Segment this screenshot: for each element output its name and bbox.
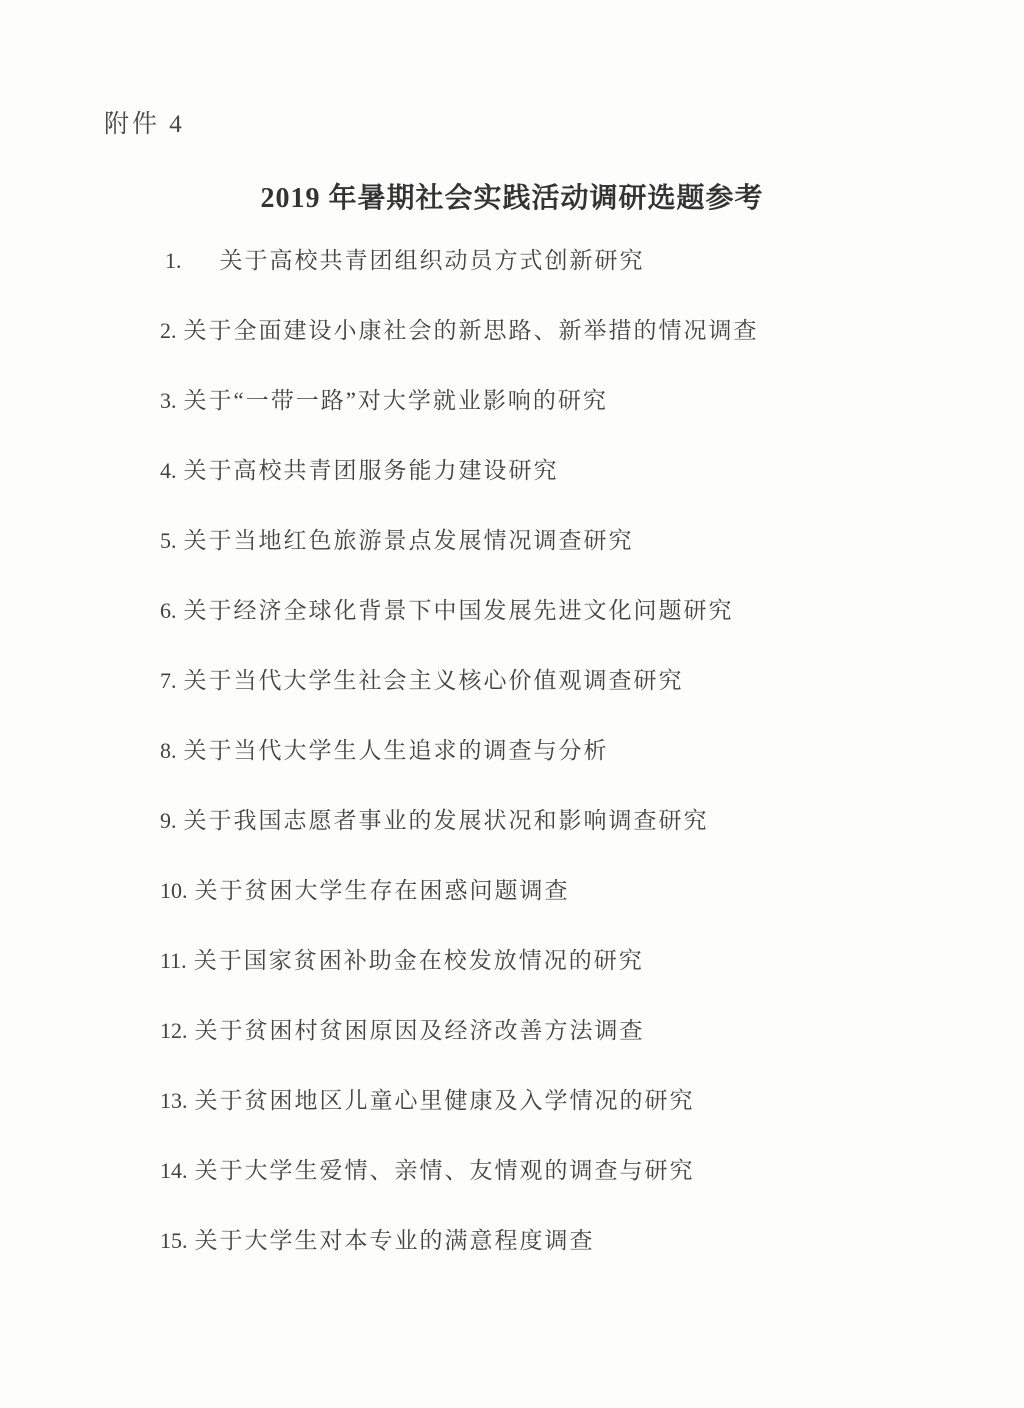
list-item: 2.关于全面建设小康社会的新思路、新举措的情况调查 [160, 316, 944, 345]
item-number: 4. [160, 456, 177, 485]
item-text: 关于当地红色旅游景点发展情况调查研究 [184, 528, 634, 553]
item-text: 关于全面建设小康社会的新思路、新举措的情况调查 [184, 318, 759, 343]
item-number: 11. [160, 946, 187, 975]
item-text: 关于经济全球化背景下中国发展先进文化问题研究 [184, 598, 734, 623]
document-page: 附件 4 2019 年暑期社会实践活动调研选题参考 1.关于高校共青团组织动员方… [0, 0, 1024, 1408]
item-number: 12. [160, 1016, 188, 1045]
list-item: 13.关于贫困地区儿童心里健康及入学情况的研究 [160, 1086, 944, 1115]
list-item: 15.关于大学生对本专业的满意程度调查 [160, 1226, 944, 1255]
item-number: 15. [160, 1226, 188, 1255]
item-number: 3. [160, 386, 177, 415]
item-text: 关于贫困村贫困原因及经济改善方法调查 [195, 1018, 645, 1043]
item-number: 7. [160, 666, 177, 695]
item-text: 关于国家贫困补助金在校发放情况的研究 [194, 948, 644, 973]
list-item: 10.关于贫困大学生存在困惑问题调查 [160, 876, 944, 905]
item-text: 关于贫困地区儿童心里健康及入学情况的研究 [195, 1088, 695, 1113]
item-number: 1. [165, 246, 182, 275]
list-item: 9.关于我国志愿者事业的发展状况和影响调查研究 [160, 806, 944, 835]
list-item: 14.关于大学生爱情、亲情、友情观的调查与研究 [160, 1156, 944, 1185]
item-text: 关于高校共青团组织动员方式创新研究 [220, 248, 645, 273]
item-text: 关于“一带一路”对大学就业影响的研究 [184, 388, 608, 413]
list-item: 3.关于“一带一路”对大学就业影响的研究 [160, 386, 944, 415]
item-text: 关于大学生对本专业的满意程度调查 [195, 1228, 595, 1253]
item-text: 关于大学生爱情、亲情、友情观的调查与研究 [195, 1158, 695, 1183]
item-number: 10. [160, 876, 188, 905]
item-number: 5. [160, 526, 177, 555]
item-number: 2. [160, 316, 177, 345]
item-number: 14. [160, 1156, 188, 1185]
item-text: 关于高校共青团服务能力建设研究 [184, 458, 559, 483]
item-number: 13. [160, 1086, 188, 1115]
item-text: 关于当代大学生人生追求的调查与分析 [184, 738, 609, 763]
list-item: 4.关于高校共青团服务能力建设研究 [160, 456, 944, 485]
item-number: 9. [160, 806, 177, 835]
list-item: 12.关于贫困村贫困原因及经济改善方法调查 [160, 1016, 944, 1045]
list-item: 6.关于经济全球化背景下中国发展先进文化问题研究 [160, 596, 944, 625]
list-item: 7.关于当代大学生社会主义核心价值观调查研究 [160, 666, 944, 695]
list-item: 5.关于当地红色旅游景点发展情况调查研究 [160, 526, 944, 555]
attachment-label: 附件 4 [104, 104, 185, 140]
topic-list: 1.关于高校共青团组织动员方式创新研究 2.关于全面建设小康社会的新思路、新举措… [160, 246, 944, 1296]
list-item: 11.关于国家贫困补助金在校发放情况的研究 [160, 946, 944, 975]
list-item: 1.关于高校共青团组织动员方式创新研究 [160, 246, 944, 275]
item-text: 关于当代大学生社会主义核心价值观调查研究 [184, 668, 684, 693]
list-item: 8.关于当代大学生人生追求的调查与分析 [160, 736, 944, 765]
document-title: 2019 年暑期社会实践活动调研选题参考 [0, 176, 1024, 216]
item-text: 关于我国志愿者事业的发展状况和影响调查研究 [184, 808, 709, 833]
item-number: 8. [160, 736, 177, 765]
item-text: 关于贫困大学生存在困惑问题调查 [195, 878, 570, 903]
item-number: 6. [160, 596, 177, 625]
